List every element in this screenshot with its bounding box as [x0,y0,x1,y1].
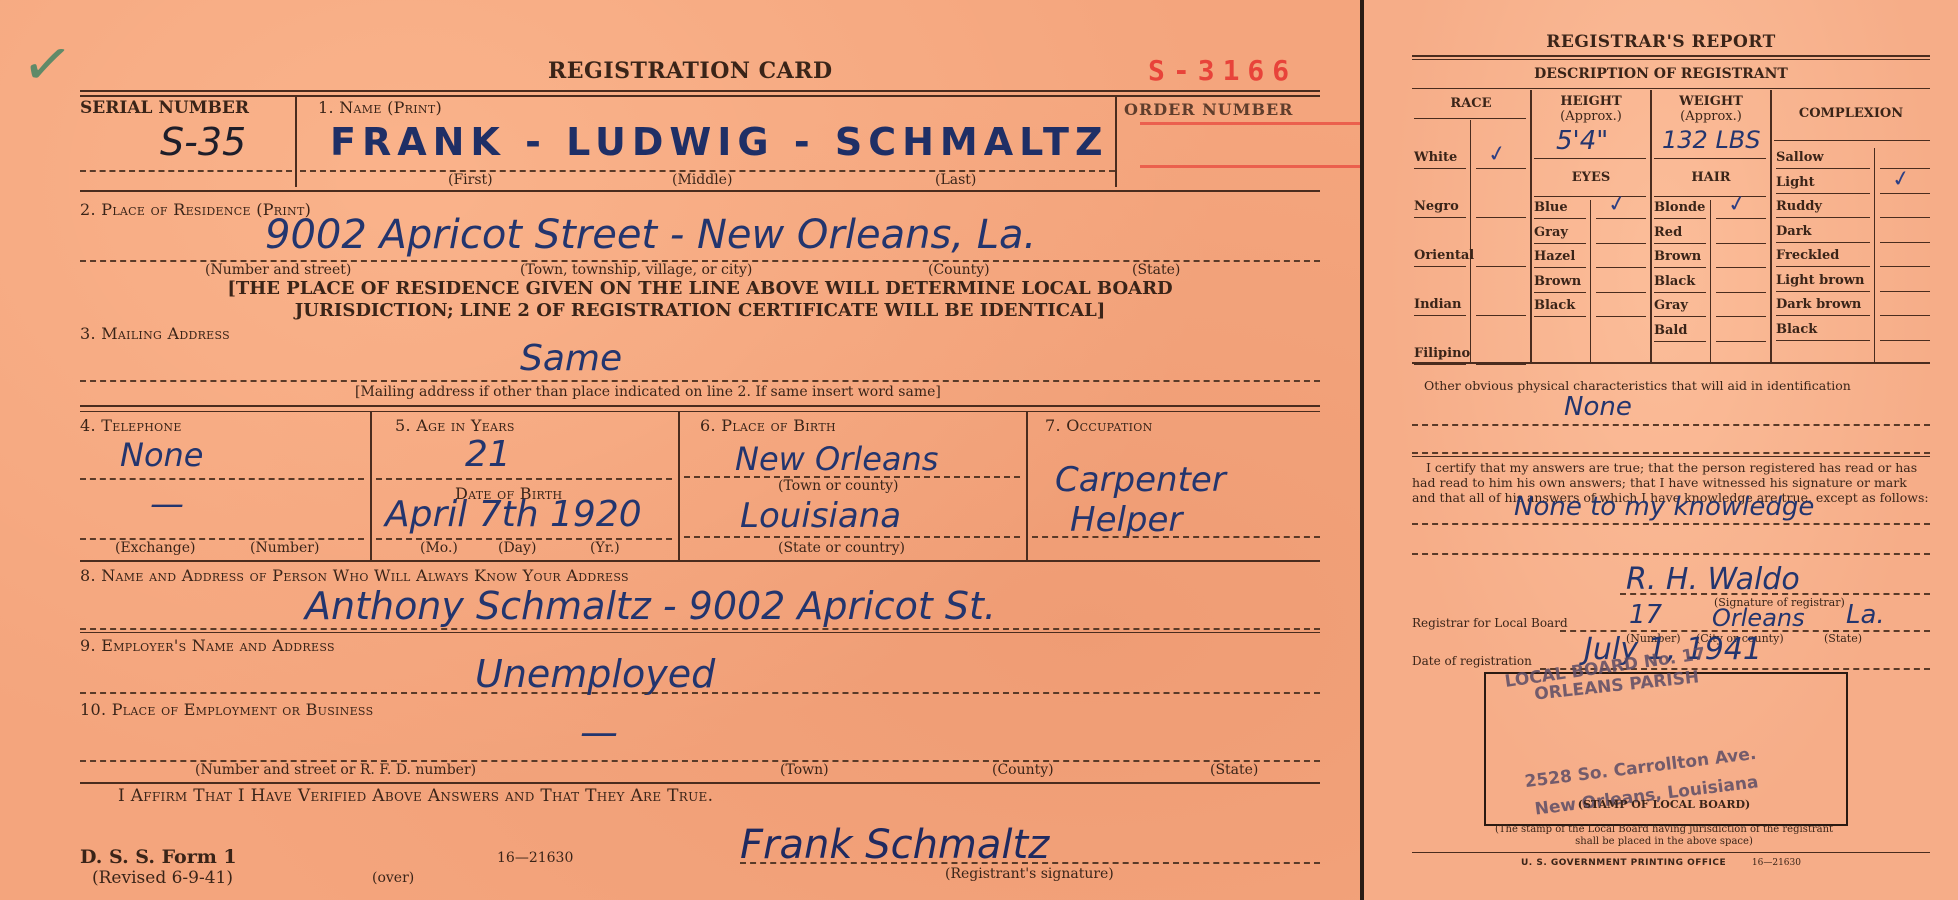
age-label: 5. Age in Years [395,416,515,435]
registrars-report: REGISTRAR'S REPORT DESCRIPTION OF REGIST… [1364,0,1958,900]
mailing-address-label: 3. Mailing Address [80,324,230,343]
employment-place-value: — [580,710,618,754]
complexion-option-label: Sallow [1776,150,1824,165]
complexion-checkbox[interactable] [1880,217,1930,218]
race-checkbox[interactable] [1476,315,1526,316]
height-value: 5'4" [1556,126,1608,156]
complexion-checkbox[interactable] [1880,242,1930,243]
occupation-line2: Helper [1070,500,1182,540]
residence-street-sublabel: (Number and street) [205,262,351,278]
other-characteristics-label: Other obvious physical characteristics t… [1424,378,1851,393]
race-option-label: Filipino [1414,346,1470,361]
check-mark-icon: ✓ [1606,191,1628,219]
employment-town-sublabel: (Town) [780,762,829,778]
name-last-sublabel: (Last) [935,172,976,188]
affirmation-text: I Affirm That I Have Verified Above Answ… [118,786,713,806]
local-board-state: La. [1846,600,1885,630]
dob-year-sublabel: (Yr.) [590,540,620,556]
eye-option-label: Blue [1534,200,1568,215]
hair-checkbox[interactable] [1716,243,1766,244]
telephone-number-sublabel: (Number) [250,540,319,556]
signature-label: (Registrant's signature) [945,866,1114,882]
employment-county-sublabel: (County) [992,762,1054,778]
employment-place-label: 10. Place of Employment or Business [80,700,373,719]
hair-option-label: Bald [1654,323,1687,338]
printer-line: U. S. GOVERNMENT PRINTING OFFICE 16—2163… [1364,858,1958,868]
complexion-option-label: Light [1776,175,1815,190]
complexion-option-label: Freckled [1776,248,1839,263]
occupation-label: 7. Occupation [1045,416,1153,435]
date-label: Date of registration [1412,654,1532,668]
telephone-value: None [120,436,203,474]
hair-header: HAIR [1652,170,1770,185]
print-code: 16—21630 [497,850,573,866]
eyes-header: EYES [1532,170,1650,185]
employment-state-sublabel: (State) [1210,762,1258,778]
complexion-checkbox[interactable] [1880,340,1930,341]
serial-number-value: S-35 [160,120,246,164]
residence-town-sublabel: (Town, township, village, or city) [520,262,752,278]
weight-header: WEIGHT (Approx.) [1652,94,1770,124]
dob-month-sublabel: (Mo.) [420,540,458,556]
birthplace-town-value: New Orleans [735,440,938,478]
mailing-address-value: Same [520,338,622,379]
complexion-checkbox[interactable] [1880,315,1930,316]
race-checkbox[interactable] [1476,168,1526,169]
hair-option-label: Gray [1654,298,1688,313]
hair-option-label: Red [1654,225,1682,240]
age-value: 21 [465,434,511,475]
hair-option-label: Brown [1654,249,1701,264]
check-mark-icon: ✓ [1890,165,1912,193]
mailing-address-note: [Mailing address if other than place ind… [355,384,941,400]
complexion-checkbox[interactable] [1880,266,1930,267]
check-mark-icon: ✓ [17,27,77,103]
check-mark-icon: ✓ [1726,191,1748,219]
race-checkbox[interactable] [1476,217,1526,218]
complexion-header: COMPLEXION [1772,106,1930,121]
order-number-label: ORDER NUMBER [1124,100,1293,119]
registration-card: ✓ REGISTRATION CARD S-3166 SERIAL NUMBER… [0,0,1360,900]
employer-value: Unemployed [475,652,715,696]
hair-checkbox[interactable] [1716,292,1766,293]
race-option-label: Negro [1414,199,1459,214]
complexion-option-label: Light brown [1776,273,1864,288]
card-title: REGISTRATION CARD [548,58,833,84]
local-board-city: Orleans [1712,604,1805,632]
telephone-number-value: — [150,484,184,524]
birthplace-state-sublabel: (State or country) [778,540,905,556]
name-label: 1. Name (Print) [318,98,442,117]
residence-value: 9002 Apricot Street - New Orleans, La. [265,212,1036,258]
complexion-option-label: Dark [1776,224,1812,239]
registrar-signature: R. H. Waldo [1626,562,1800,597]
eye-checkbox[interactable] [1596,292,1646,293]
report-subtitle: DESCRIPTION OF REGISTRANT [1364,66,1958,82]
hair-checkbox[interactable] [1716,316,1766,317]
hair-option-label: Blonde [1654,200,1705,215]
struck-order-number [1140,122,1360,168]
name-first-sublabel: (First) [448,172,493,188]
complexion-checkbox[interactable] [1880,291,1930,292]
complexion-option-label: Dark brown [1776,297,1861,312]
other-characteristics-value: None [1564,392,1632,422]
employer-label: 9. Employer's Name and Address [80,636,335,655]
residence-county-sublabel: (County) [928,262,990,278]
form-revised: (Revised 6-9-41) [92,868,233,888]
occupation-line1: Carpenter [1055,460,1226,500]
stamp-note: (The stamp of the Local Board having jur… [1484,824,1844,848]
stamp-box-label: (STAMP OF LOCAL BOARD) [1484,798,1844,811]
eye-option-label: Brown [1534,274,1581,289]
dob-day-sublabel: (Day) [498,540,536,556]
residence-notice: [THE PLACE OF RESIDENCE GIVEN ON THE LIN… [80,278,1320,322]
hair-checkbox[interactable] [1716,267,1766,268]
race-header: RACE [1412,96,1530,111]
telephone-exchange-sublabel: (Exchange) [115,540,196,556]
hair-checkbox[interactable] [1716,341,1766,342]
employment-street-sublabel: (Number and street or R. F. D. number) [195,762,476,778]
hair-option-label: Black [1654,274,1695,289]
eye-checkbox[interactable] [1596,267,1646,268]
name-value: FRANK - LUDWIG - SCHMALTZ [330,120,1109,164]
check-mark-icon: ✓ [1486,141,1508,169]
local-board-label: Registrar for Local Board [1412,616,1568,630]
race-checkbox[interactable] [1476,266,1526,267]
eye-option-label: Hazel [1534,249,1575,264]
race-option-label: Oriental [1414,248,1474,263]
complexion-option-label: Black [1776,322,1817,337]
birthplace-label: 6. Place of Birth [700,416,836,435]
serial-number-label: SERIAL NUMBER [80,98,249,118]
birthplace-town-sublabel: (Town or county) [778,478,898,494]
eye-option-label: Black [1534,298,1575,313]
eye-option-label: Gray [1534,225,1568,240]
race-option-label: White [1414,150,1457,165]
report-title: REGISTRAR'S REPORT [1364,32,1958,52]
contact-label: 8. Name and Address of Person Who Will A… [80,566,629,585]
birthplace-state-value: Louisiana [740,496,901,536]
height-header: HEIGHT (Approx.) [1532,94,1650,124]
weight-value: 132 LBS [1662,126,1761,154]
contact-value: Anthony Schmaltz - 9002 Apricot St. [305,584,996,628]
hair-checkbox[interactable] [1716,218,1766,219]
dob-value: April 7th 1920 [385,494,642,535]
eye-checkbox[interactable] [1596,243,1646,244]
form-id: D. S. S. Form 1 [80,846,237,868]
local-board-state-sublabel: (State) [1824,632,1862,645]
over-label: (over) [372,870,414,886]
eye-checkbox[interactable] [1596,316,1646,317]
eye-checkbox[interactable] [1596,218,1646,219]
residence-notice-line1: [THE PLACE OF RESIDENCE GIVEN ON THE LIN… [80,278,1320,300]
local-board-number: 17 [1629,600,1662,630]
race-option-label: Indian [1414,297,1461,312]
residence-notice-line2: JURISDICTION; LINE 2 OF REGISTRATION CER… [80,300,1320,322]
complexion-checkbox[interactable] [1880,193,1930,194]
name-middle-sublabel: (Middle) [672,172,732,188]
complexion-option-label: Ruddy [1776,199,1822,214]
race-checkbox[interactable] [1476,364,1526,365]
telephone-label: 4. Telephone [80,416,182,435]
exceptions-value: None to my knowledge [1514,492,1814,522]
residence-state-sublabel: (State) [1132,262,1180,278]
order-stamp: S-3166 [1148,54,1297,87]
